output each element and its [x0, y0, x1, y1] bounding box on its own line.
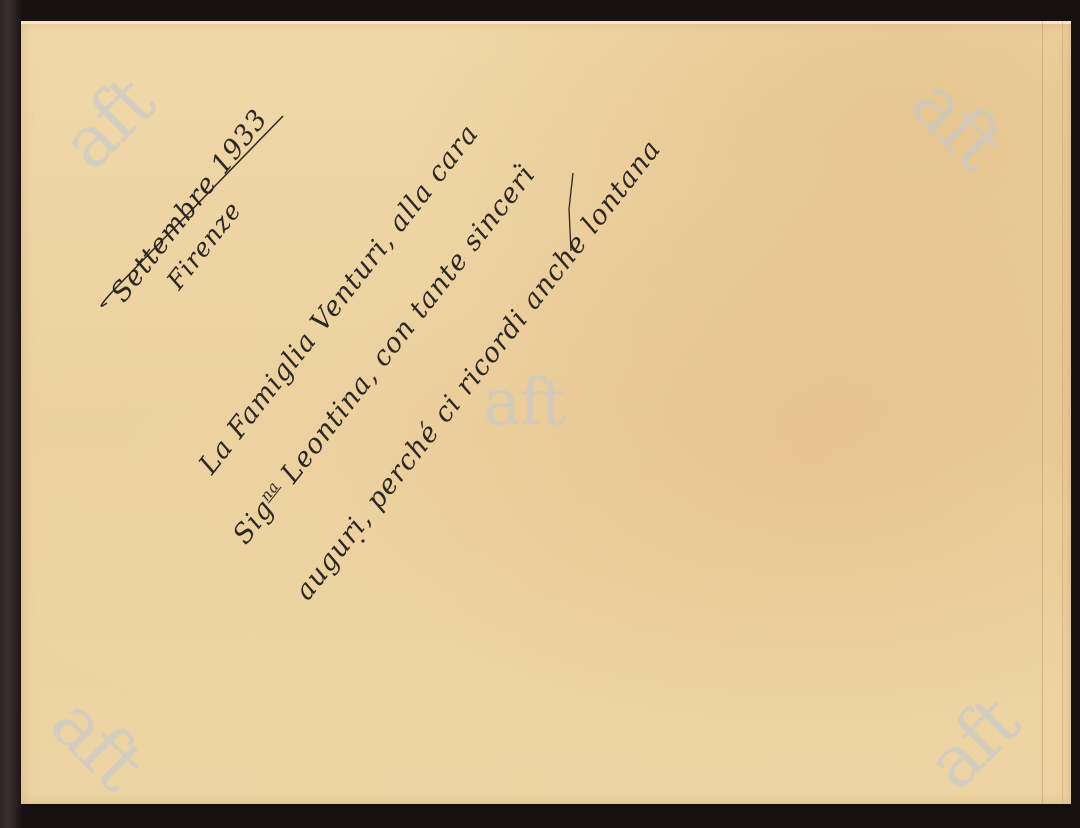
watermark-bottom-right: aft [910, 681, 1035, 804]
cover-spine [0, 0, 22, 828]
watermark-bottom-left: aft [35, 681, 160, 804]
page-edge-line [1062, 21, 1063, 804]
dedication-line-3: auguri, perché ci ricordi anche lontana [289, 134, 667, 606]
watermark-center: aft [483, 366, 565, 440]
page-fold-line [1042, 21, 1043, 804]
album-page: aft aft aft aft aft Settembre 1933 Firen… [21, 21, 1071, 804]
page-top-edge [21, 21, 1071, 24]
watermark-top-left: aft [45, 61, 170, 186]
dedication-line-2-prefix: Sig [227, 494, 281, 550]
watermark-top-right: aft [895, 61, 1020, 186]
